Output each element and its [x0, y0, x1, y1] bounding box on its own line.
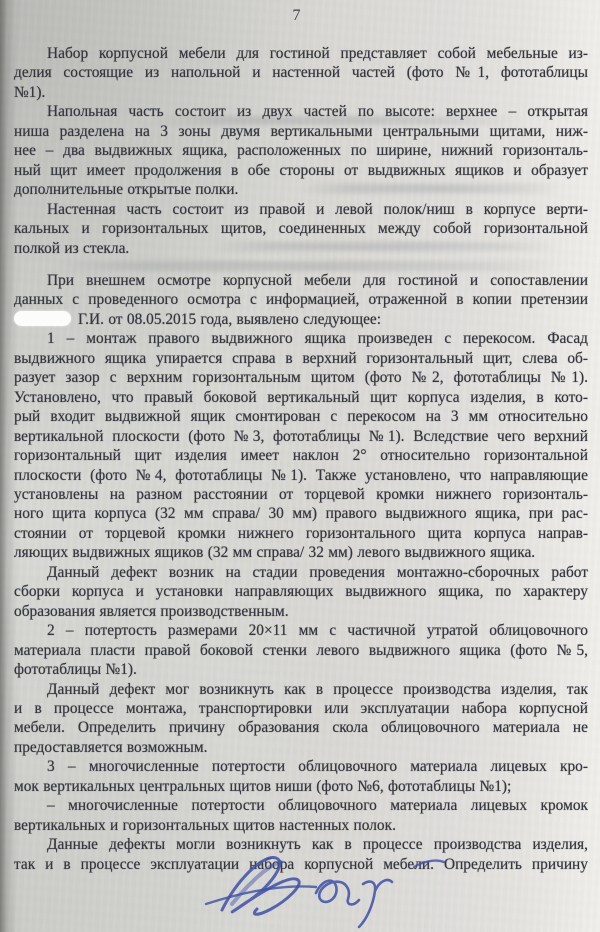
text-line-content: Установлено, что правый боковой вертикал…: [14, 389, 588, 406]
text-line: установлены на разном расстоянии от торц…: [14, 485, 588, 504]
text-line-content: фототаблицы №1).: [14, 661, 137, 678]
paragraph: Данные дефекты могли возникнуть как в пр…: [14, 835, 588, 874]
text-line-content: данных с проведенного осмотра с информац…: [14, 291, 588, 308]
text-line: дополнительные открытые полки.: [14, 180, 588, 199]
text-line: материала пласти правой боковой стенки л…: [14, 641, 588, 660]
text-line: ный щит имеет продолжения в обе стороны …: [14, 161, 588, 180]
text-line: Настенная часть состоит из правой и лево…: [14, 200, 588, 219]
text-line: ляющих выдвижных ящиков (32 мм справа/ 3…: [14, 543, 588, 562]
text-line-content: рый входит выдвижной ящик смонтирован с …: [14, 408, 588, 425]
text-line: Установлено, что правый боковой вертикал…: [14, 388, 588, 407]
text-line-content: 3 – многочисленные потертости облицовочн…: [47, 758, 588, 775]
text-line: Г.И. от 08.05.2015 года, выявлено следую…: [14, 310, 588, 329]
paragraph: Набор корпусной мебели для гостиной пред…: [14, 44, 588, 102]
text-line-content: вертикальной плоскости (фото №3, фототаб…: [14, 428, 588, 445]
text-line-content: мебели. Определить причину образования с…: [14, 719, 588, 736]
text-line-content: ниша разделена на 3 зоны двумя вертикаль…: [14, 123, 588, 140]
text-line: – многочисленные потертости облицовочног…: [14, 796, 588, 815]
text-line-content: вертикальных и горизонтальных щитов наст…: [14, 817, 396, 834]
text-line: стоянии от торцевой кромки нижнего гориз…: [14, 524, 588, 543]
text-line: вертикальной плоскости (фото №3, фототаб…: [14, 427, 588, 446]
text-line-content: – многочисленные потертости облицовочног…: [47, 797, 588, 814]
text-line: Данный дефект мог возникнуть как в проце…: [14, 680, 588, 699]
text-line: 2 – потертость размерами 20×11 мм с част…: [14, 621, 588, 640]
paragraph: Настенная часть состоит из правой и лево…: [14, 200, 588, 258]
text-line: Набор корпусной мебели для гостиной пред…: [14, 44, 588, 63]
text-line-content: Данные дефекты могли возникнуть как в пр…: [47, 836, 588, 853]
document-body: Набор корпусной мебели для гостиной пред…: [14, 44, 588, 874]
text-line: Данный дефект возник на стадии проведени…: [14, 563, 588, 582]
text-line: предоставляется возможным.: [14, 738, 588, 757]
text-line: 3 – многочисленные потертости облицовочн…: [14, 757, 588, 776]
text-line-content: предоставляется возможным.: [14, 739, 207, 756]
text-line: ниша разделена на 3 зоны двумя вертикаль…: [14, 122, 588, 141]
text-line: №1).: [14, 83, 588, 102]
text-line-content: Настенная часть состоит из правой и лево…: [47, 201, 588, 218]
text-line: кальных и горизонтальных щитов, соединен…: [14, 219, 588, 238]
text-line-content: плоскости (фото №4, фототаблицы №1). Так…: [14, 467, 588, 484]
paragraph: 3 – многочисленные потертости облицовочн…: [14, 757, 588, 796]
text-line: мок вертикальных центральных щитов ниши …: [14, 777, 588, 796]
text-line: сборки корпуса и установки направляющих …: [14, 582, 588, 601]
text-line-content: №1).: [14, 84, 45, 101]
text-line-content: выдвижного ящика упирается справа в верх…: [14, 350, 588, 367]
text-line: рый входит выдвижной ящик смонтирован с …: [14, 407, 588, 426]
text-line: образования является производственным.: [14, 602, 588, 621]
text-line-content: полкой из стекла.: [14, 240, 129, 257]
text-line: полкой из стекла.: [14, 239, 588, 258]
text-line-content: ляющих выдвижных ящиков (32 мм справа/ 3…: [14, 544, 535, 561]
text-line-content: 2 – потертость размерами 20×11 мм с част…: [47, 622, 588, 639]
text-line-content: образования является производственным.: [14, 603, 289, 620]
text-line: горизонтальный щит изделия имеет наклон …: [14, 446, 588, 465]
text-line: и в процессе монтажа, транспортировки ил…: [14, 699, 588, 718]
text-line: нее – два выдвижных ящика, расположенных…: [14, 141, 588, 160]
paragraph: Данный дефект мог возникнуть как в проце…: [14, 680, 588, 758]
redaction-blob: [14, 311, 71, 326]
paragraph: Напольная часть состоит из двух частей п…: [14, 102, 588, 199]
text-line: делия состоящие из напольной и настенной…: [14, 63, 588, 82]
paragraph: 2 – потертость размерами 20×11 мм с част…: [14, 621, 588, 679]
text-line-content: мок вертикальных центральных щитов ниши …: [14, 778, 511, 795]
text-line: плоскости (фото №4, фототаблицы №1). Так…: [14, 466, 588, 485]
text-line: так и в процессе эксплуатации набора кор…: [14, 855, 588, 874]
text-line-content: материала пласти правой боковой стенки л…: [14, 642, 588, 659]
text-line-content: При внешнем осмотре корпусной мебели для…: [47, 272, 588, 289]
text-line: Напольная часть состоит из двух частей п…: [14, 102, 588, 121]
paragraph: Данный дефект возник на стадии проведени…: [14, 563, 588, 621]
text-line-content: ного щита корпуса (32 мм справа/ 30 мм) …: [14, 505, 588, 522]
page-number: 7: [0, 7, 594, 25]
text-line-content: Данный дефект мог возникнуть как в проце…: [47, 681, 588, 698]
text-line: разует зазор с верхним горизонтальным щи…: [14, 368, 588, 387]
text-line-content: сборки корпуса и установки направляющих …: [14, 583, 588, 600]
text-line-content: ный щит имеет продолжения в обе стороны …: [14, 162, 588, 179]
text-line-content: Г.И. от 08.05.2015 года, выявлено следую…: [78, 311, 381, 328]
text-line-content: и в процессе монтажа, транспортировки ил…: [14, 700, 588, 717]
text-line: ного щита корпуса (32 мм справа/ 30 мм) …: [14, 504, 588, 523]
text-line-content: так и в процессе эксплуатации набора кор…: [14, 856, 588, 873]
text-line-content: Напольная часть состоит из двух частей п…: [47, 103, 588, 120]
text-line: 1 – монтаж правого выдвижного ящика прои…: [14, 329, 588, 348]
text-line: выдвижного ящика упирается справа в верх…: [14, 349, 588, 368]
text-line: Данные дефекты могли возникнуть как в пр…: [14, 835, 588, 854]
text-line-content: нее – два выдвижных ящика, расположенных…: [14, 142, 588, 159]
text-line: данных с проведенного осмотра с информац…: [14, 290, 588, 309]
text-line-content: стоянии от торцевой кромки нижнего гориз…: [14, 525, 588, 542]
text-line-content: горизонтальный щит изделия имеет наклон …: [14, 447, 588, 464]
text-line-content: дополнительные открытые полки.: [14, 181, 238, 198]
text-line-content: кальных и горизонтальных щитов, соединен…: [14, 220, 588, 237]
text-line: При внешнем осмотре корпусной мебели для…: [14, 271, 588, 290]
paragraph: – многочисленные потертости облицовочног…: [14, 796, 588, 835]
text-line: мебели. Определить причину образования с…: [14, 718, 588, 737]
text-line: фототаблицы №1).: [14, 660, 588, 679]
text-line-content: установлены на разном расстоянии от торц…: [14, 486, 588, 503]
text-line-content: Набор корпусной мебели для гостиной пред…: [47, 45, 588, 62]
text-line-content: Данный дефект возник на стадии проведени…: [47, 564, 588, 581]
scanned-document-page: 7 Набор корпусной мебели для гостиной пр…: [0, 0, 600, 932]
text-line: вертикальных и горизонтальных щитов наст…: [14, 816, 588, 835]
paragraph: При внешнем осмотре корпусной мебели для…: [14, 271, 588, 329]
text-line-content: разует зазор с верхним горизонтальным щи…: [14, 369, 588, 386]
paragraph: 1 – монтаж правого выдвижного ящика прои…: [14, 329, 588, 562]
text-line-content: делия состоящие из напольной и настенной…: [14, 64, 588, 81]
text-line-content: 1 – монтаж правого выдвижного ящика прои…: [47, 330, 588, 347]
